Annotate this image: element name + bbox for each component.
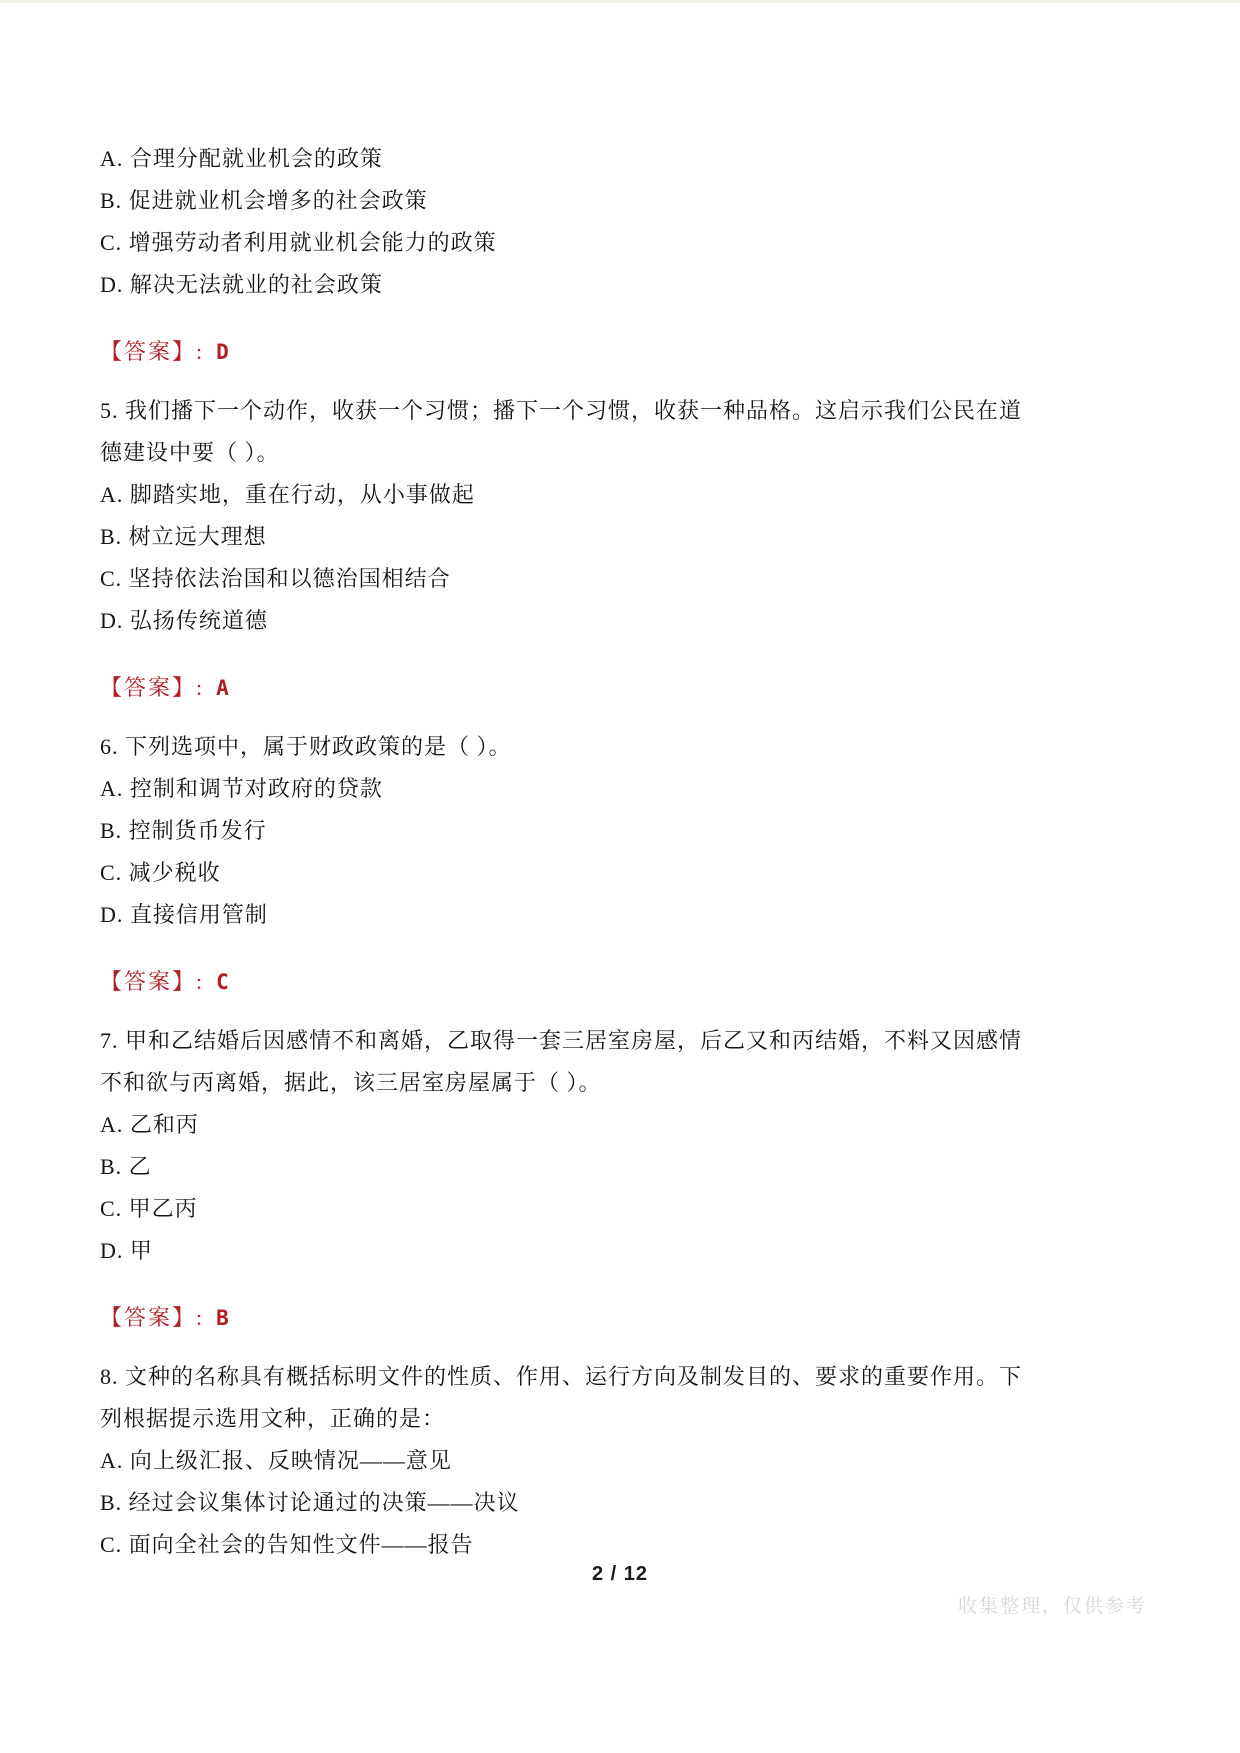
question-stem-line: 列根据提示选用文种，正确的是： — [100, 1398, 1144, 1440]
option-line: A. 控制和调节对政府的贷款 — [100, 768, 1144, 810]
question-stem-line: 8. 文种的名称具有概括标明文件的性质、作用、运行方向及制发目的、要求的重要作用… — [100, 1356, 1144, 1398]
option-line: B. 乙 — [100, 1146, 1144, 1188]
option-line: C. 减少税收 — [100, 852, 1144, 894]
option-line: C. 坚持依法治国和以德治国相结合 — [100, 558, 1144, 600]
page-top-edge — [0, 0, 1240, 3]
question-stem-line: 德建设中要（ ）。 — [100, 432, 1144, 474]
document-page: A. 合理分配就业机会的政策 B. 促进就业机会增多的社会政策 C. 增强劳动者… — [0, 0, 1240, 1753]
option-line: A. 合理分配就业机会的政策 — [100, 138, 1144, 180]
option-line: B. 经过会议集体讨论通过的决策——决议 — [100, 1482, 1144, 1524]
option-line: B. 树立远大理想 — [100, 516, 1144, 558]
answer-value: A — [216, 676, 230, 700]
option-line: D. 解决无法就业的社会政策 — [100, 264, 1144, 306]
answer-line: 【答案】:D — [100, 331, 1144, 373]
question-stem-line: 6. 下列选项中，属于财政政策的是（ ）。 — [100, 726, 1144, 768]
answer-value: B — [216, 1306, 230, 1330]
option-line: A. 乙和丙 — [100, 1104, 1144, 1146]
option-line: D. 直接信用管制 — [100, 894, 1144, 936]
question-stem-line: 5. 我们播下一个动作，收获一个习惯；播下一个习惯，收获一种品格。这启示我们公民… — [100, 390, 1144, 432]
watermark-text: 收集整理，仅供参考 — [958, 1591, 1147, 1618]
option-line: C. 甲乙丙 — [100, 1188, 1144, 1230]
answer-label: 【答案】: — [100, 1305, 204, 1330]
answer-label: 【答案】: — [100, 339, 204, 364]
option-line: C. 面向全社会的告知性文件——报告 — [100, 1524, 1144, 1566]
answer-value: C — [216, 970, 230, 994]
answer-line: 【答案】:B — [100, 1297, 1144, 1339]
option-line: A. 向上级汇报、反映情况——意见 — [100, 1440, 1144, 1482]
option-line: B. 控制货币发行 — [100, 810, 1144, 852]
answer-label: 【答案】: — [100, 969, 204, 994]
option-line: B. 促进就业机会增多的社会政策 — [100, 180, 1144, 222]
question-stem-line: 不和欲与丙离婚，据此，该三居室房屋属于（ ）。 — [100, 1062, 1144, 1104]
answer-line: 【答案】:C — [100, 961, 1144, 1003]
page-number-indicator: 2 / 12 — [0, 1563, 1240, 1586]
option-line: C. 增强劳动者利用就业机会能力的政策 — [100, 222, 1144, 264]
question-stem-line: 7. 甲和乙结婚后因感情不和离婚，乙取得一套三居室房屋，后乙又和丙结婚，不料又因… — [100, 1020, 1144, 1062]
option-line: A. 脚踏实地，重在行动，从小事做起 — [100, 474, 1144, 516]
answer-line: 【答案】:A — [100, 667, 1144, 709]
option-line: D. 弘扬传统道德 — [100, 600, 1144, 642]
question-content: A. 合理分配就业机会的政策 B. 促进就业机会增多的社会政策 C. 增强劳动者… — [100, 138, 1144, 1566]
answer-value: D — [216, 340, 230, 364]
option-line: D. 甲 — [100, 1230, 1144, 1272]
answer-label: 【答案】: — [100, 675, 204, 700]
